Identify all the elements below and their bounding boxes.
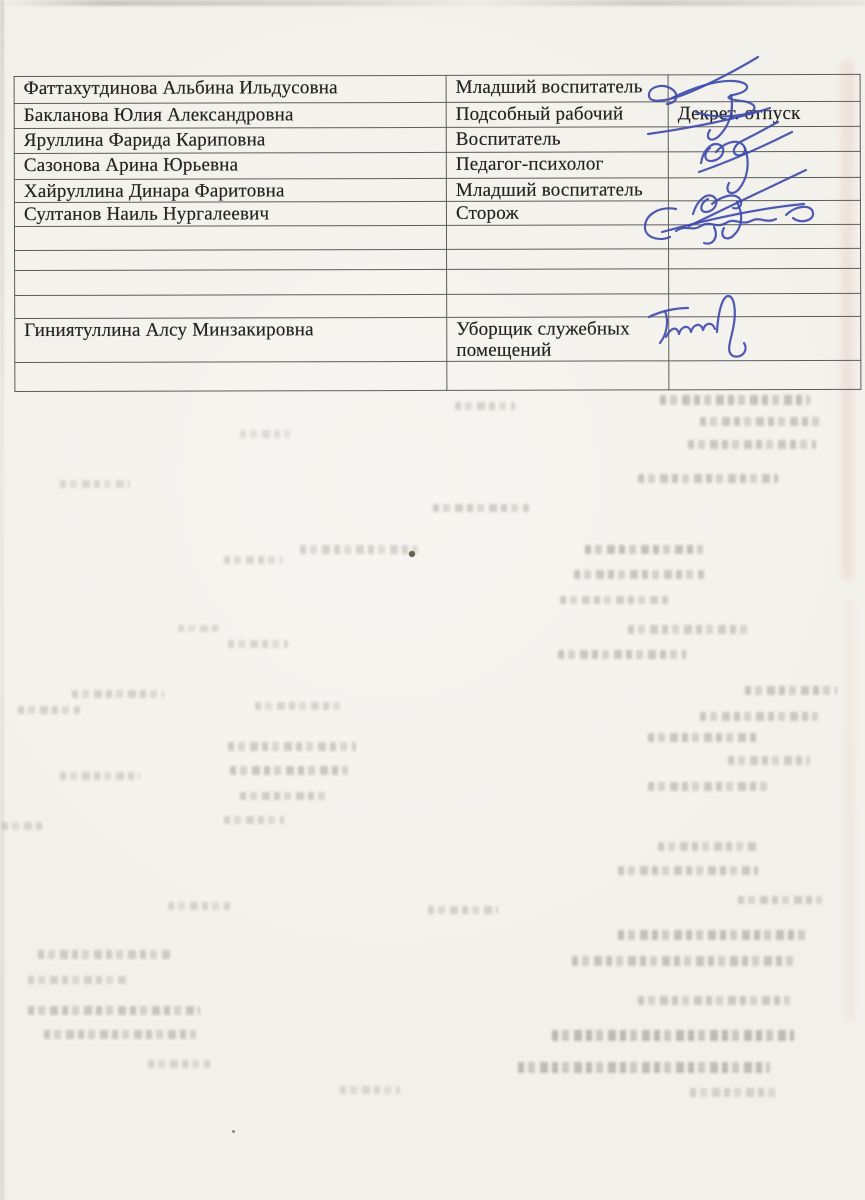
bleedthrough-fragment bbox=[700, 712, 818, 721]
bleedthrough-fragment bbox=[240, 792, 328, 800]
bleedthrough-fragment bbox=[648, 782, 768, 791]
cell-name bbox=[14, 225, 446, 250]
bleedthrough-fragment bbox=[574, 570, 704, 579]
bleedthrough-fragment bbox=[585, 545, 703, 554]
bleedthrough-fragment bbox=[38, 950, 170, 959]
cell-name: Фаттахутдинова Альбина Ильдусовна bbox=[14, 75, 446, 103]
bleedthrough-fragment bbox=[148, 1060, 210, 1068]
bleedthrough-fragment bbox=[738, 896, 822, 904]
bleedthrough-fragment bbox=[572, 956, 796, 966]
table-row bbox=[15, 293, 861, 318]
table-row: Хайруллина Динара ФаритовнаМладший воспи… bbox=[14, 177, 860, 202]
scanned-document-page: Фаттахутдинова Альбина ИльдусовнаМладший… bbox=[0, 0, 865, 1200]
table-row: Бакланова Юлия АлександровнаПодсобный ра… bbox=[14, 101, 860, 128]
cell-position bbox=[447, 293, 669, 317]
cell-note bbox=[668, 201, 860, 225]
bleedthrough-fragment bbox=[255, 702, 343, 710]
table-row: Султанов Наиль НургалеевичСторож bbox=[14, 201, 860, 226]
bleedthrough-fragment bbox=[2, 822, 42, 830]
bleedthrough-fragment bbox=[690, 1088, 780, 1097]
cell-note bbox=[668, 74, 860, 102]
bleedthrough-fragment bbox=[638, 474, 778, 483]
bleedthrough-fragment bbox=[433, 504, 529, 512]
bleedthrough-fragment bbox=[648, 733, 758, 742]
ink-speck-small bbox=[232, 1130, 235, 1133]
bleedthrough-fragment bbox=[518, 1062, 770, 1073]
cell-note bbox=[669, 360, 861, 390]
cell-position bbox=[447, 361, 669, 391]
bleedthrough-fragment bbox=[28, 1006, 200, 1015]
bleedthrough-fragment bbox=[228, 640, 288, 648]
bleedthrough-fragment bbox=[18, 706, 80, 714]
bleedthrough-fragment bbox=[72, 690, 164, 698]
bleedthrough-fragment bbox=[28, 976, 130, 984]
bleedthrough-fragment bbox=[638, 996, 790, 1005]
bleedthrough-fragment bbox=[60, 480, 130, 488]
bleedthrough-fragment bbox=[552, 1030, 794, 1041]
bleedthrough-fragment bbox=[224, 816, 284, 824]
cell-name: Хайруллина Динара Фаритовна bbox=[14, 178, 446, 202]
bleedthrough-fragment bbox=[224, 556, 282, 564]
table-row bbox=[15, 360, 861, 391]
bleedthrough-fragment bbox=[178, 625, 220, 632]
table-row bbox=[15, 248, 861, 270]
bleedthrough-fragment bbox=[168, 902, 230, 910]
staff-table-body: Фаттахутдинова Альбина ИльдусовнаМладший… bbox=[14, 74, 861, 391]
cell-position: Подсобный рабочий bbox=[446, 102, 668, 128]
bleedthrough-fragment bbox=[660, 395, 810, 405]
cell-position: Уборщик служебных помещений bbox=[447, 316, 669, 361]
bleedthrough-fragment bbox=[688, 440, 816, 449]
cell-name: Яруллина Фарида Кариповна bbox=[14, 127, 446, 153]
cell-name bbox=[15, 361, 447, 391]
bleedthrough-fragment bbox=[44, 1030, 196, 1039]
bleedthrough-fragment bbox=[228, 742, 356, 751]
bleedthrough-fragment bbox=[240, 430, 290, 438]
cell-position: Воспитатель bbox=[446, 127, 668, 153]
table-row bbox=[14, 224, 860, 250]
cell-name bbox=[15, 294, 447, 318]
cell-position bbox=[447, 248, 669, 269]
bleedthrough-fragment bbox=[618, 866, 758, 875]
table-row: Гиниятуллина Алсу МинзакировнаУборщик сл… bbox=[15, 316, 861, 363]
bleedthrough-fragment bbox=[60, 772, 140, 780]
cell-position: Педагог-психолог bbox=[446, 152, 668, 179]
cell-note bbox=[668, 177, 860, 201]
cell-note bbox=[668, 224, 860, 249]
cell-position bbox=[447, 268, 669, 294]
cell-note: Декрет. отпуск bbox=[668, 101, 860, 127]
table-row: Сазонова Арина ЮрьевнаПедагог-психолог bbox=[14, 151, 860, 179]
bleedthrough-fragment bbox=[560, 596, 668, 604]
scan-edge-artifact-left bbox=[0, 0, 4, 1200]
bleedthrough-fragment bbox=[300, 545, 418, 554]
bleedthrough-fragment bbox=[628, 625, 748, 634]
bleedthrough-fragment bbox=[428, 906, 498, 914]
bleedthrough-fragment bbox=[700, 417, 820, 426]
cell-name: Бакланова Юлия Александровна bbox=[14, 102, 446, 128]
table-row: Фаттахутдинова Альбина ИльдусовнаМладший… bbox=[14, 74, 860, 103]
cell-name: Сазонова Арина Юрьевна bbox=[14, 152, 446, 179]
bleedthrough-fragment bbox=[340, 1086, 400, 1094]
ink-speck bbox=[409, 551, 415, 557]
cell-name bbox=[15, 269, 447, 295]
cell-name bbox=[15, 249, 447, 270]
cell-position: Сторож bbox=[446, 201, 668, 225]
cell-name: Султанов Наиль Нургалеевич bbox=[14, 202, 446, 226]
cell-name: Гиниятуллина Алсу Минзакировна bbox=[15, 317, 447, 363]
staff-table: Фаттахутдинова Альбина ИльдусовнаМладший… bbox=[14, 74, 813, 392]
cell-note bbox=[669, 293, 861, 317]
scan-color-streak-lower bbox=[845, 600, 855, 1020]
cell-note bbox=[668, 126, 860, 152]
cell-note bbox=[669, 316, 861, 361]
bleedthrough-fragment bbox=[658, 842, 758, 851]
cell-note bbox=[668, 151, 860, 178]
bleedthrough-fragment bbox=[455, 402, 515, 410]
cell-note bbox=[669, 248, 861, 269]
scan-edge-artifact-top bbox=[0, 0, 865, 6]
cell-note bbox=[669, 268, 861, 294]
table-row: Яруллина Фарида КариповнаВоспитатель bbox=[14, 126, 860, 153]
cell-position: Младший воспитатель bbox=[446, 178, 668, 202]
bleedthrough-fragment bbox=[558, 650, 686, 659]
bleedthrough-fragment bbox=[745, 686, 837, 695]
bleedthrough-fragment bbox=[728, 756, 810, 765]
bleedthrough-fragment bbox=[618, 930, 810, 940]
cell-position bbox=[446, 224, 668, 249]
cell-position: Младший воспитатель bbox=[446, 75, 668, 103]
bleedthrough-fragment bbox=[230, 766, 348, 775]
table-row bbox=[15, 268, 861, 295]
